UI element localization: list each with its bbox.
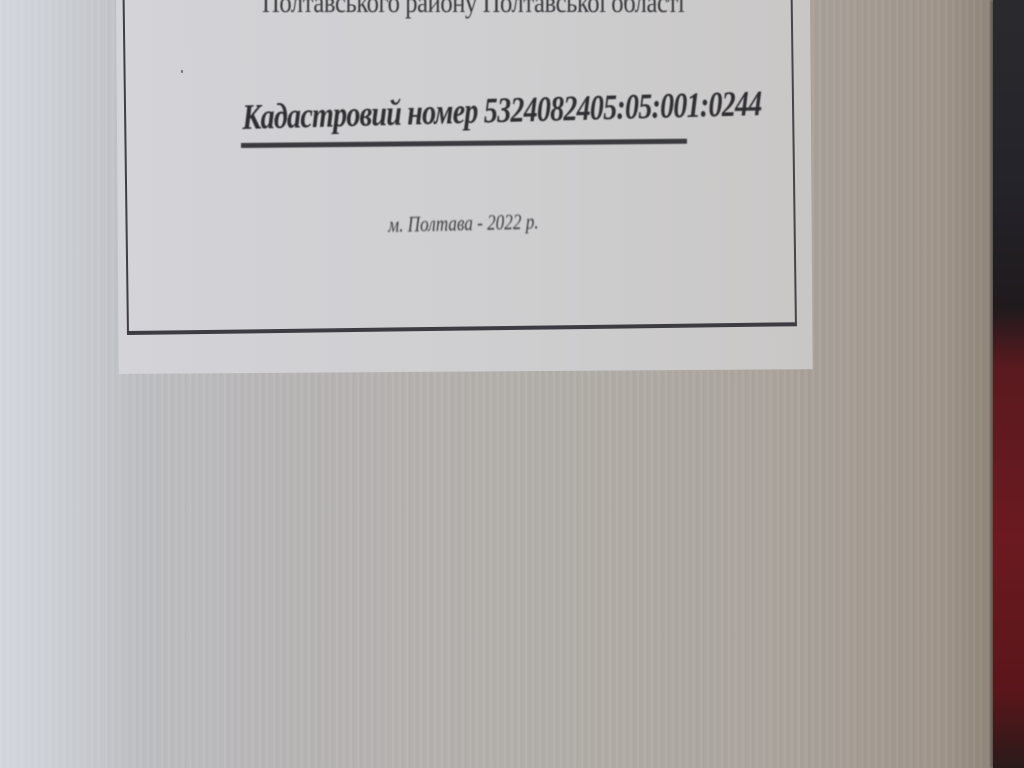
paper-speck — [181, 70, 183, 73]
city-year: м. Полтава - 2022 р. — [388, 209, 539, 238]
document-photo: Полтавського району Полтавської області … — [0, 0, 1024, 768]
district-region-line: Полтавського району Полтавської області — [262, 0, 606, 20]
title-label-frame — [122, 0, 796, 335]
binder-edge — [993, 0, 1024, 768]
